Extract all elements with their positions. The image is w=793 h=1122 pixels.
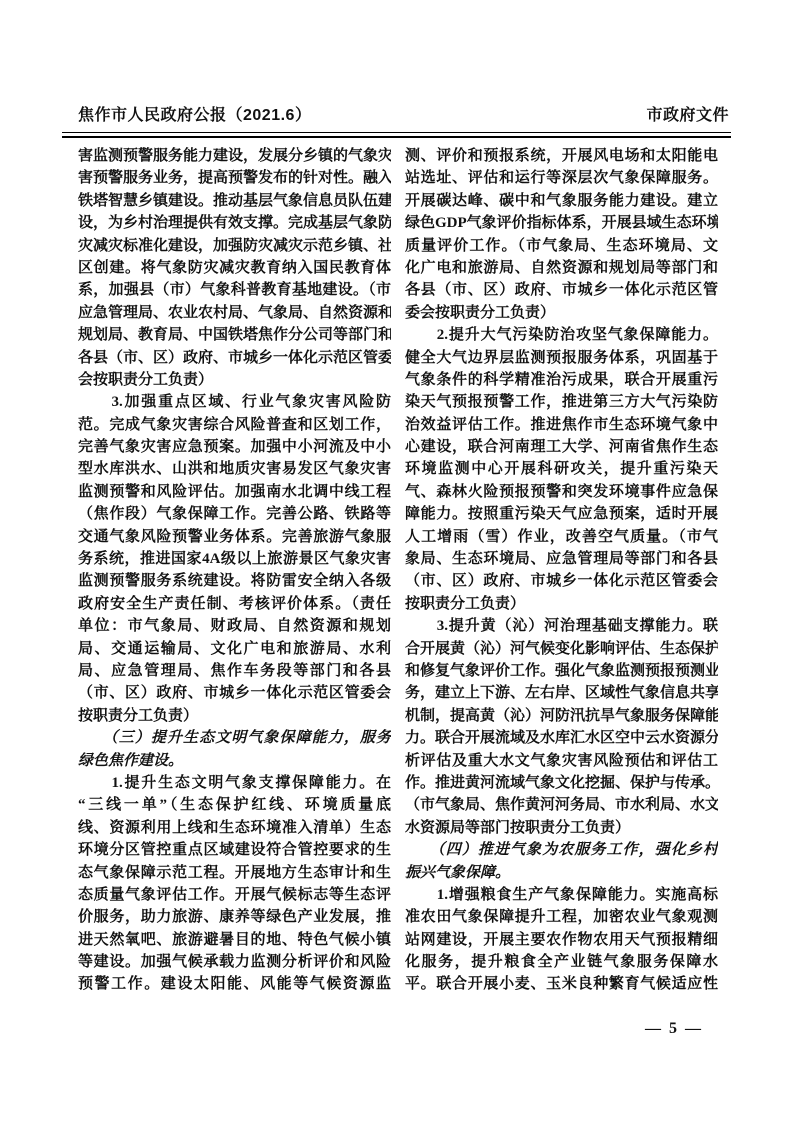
left-column: 害监测预警服务能力建设，发展分乡镇的气象灾 害预警服务业务，提高预警发布的针对性… (78, 145, 391, 996)
text-line: 绿色焦作建设。 (78, 750, 391, 772)
text-line: 各县（市、区）政府、市城乡一体化示范区管 (405, 279, 718, 301)
running-head: 焦作市人民政府公报（2021.6） 市政府文件 (62, 102, 731, 125)
text-line: 障能力。按照重污染天气应急预案，适时开展 (405, 503, 718, 525)
text-line: 设，为乡村治理提供有效支撑。完成基层气象防 (78, 212, 391, 234)
text-line: 环境分区管控重点区域建设符合管控要求的生 (78, 839, 391, 861)
text-line: （三）提升生态文明气象保障能力，服务 (78, 727, 391, 749)
text-line: 质量评价工作。（市气象局、生态环境局、文 (405, 235, 718, 257)
text-line: 振兴气象保障。 (405, 862, 718, 884)
text-line: 预警工作。建设太阳能、风能等气候资源监 (78, 973, 391, 995)
text-line: 和修复气象评价工作。强化气象监测预报预测业 (405, 660, 718, 682)
text-line: 1.提升生态文明气象支撑保障能力。在 (78, 772, 391, 794)
text-line: 心建设，联合河南理工大学、河南省焦作生态 (405, 436, 718, 458)
text-line: 健全大气边界层监测预报服务体系，巩固基于 (405, 347, 718, 369)
text-line: 应急管理局、农业农村局、气象局、自然资源和 (78, 302, 391, 324)
text-line: 价服务，助力旅游、康养等绿色产业发展，推 (78, 906, 391, 928)
right-column: 测、评价和预报系统，开展风电场和太阳能电 站选址、评估和运行等深层次气象保障服务… (405, 145, 718, 996)
text-line: 合开展黄（沁）河气候变化影响评估、生态保护 (405, 638, 718, 660)
text-line: 态质量气象评估工作。开展气候标志等生态评 (78, 884, 391, 906)
text-line: 力。联合开展流域及水库汇水区空中云水资源分 (405, 727, 718, 749)
text-line: 开展碳达峰、碳中和气象服务能力建设。建立 (405, 190, 718, 212)
gazette-page: 焦作市人民政府公报（2021.6） 市政府文件 害监测预警服务能力建设，发展分乡… (0, 0, 793, 1122)
text-line: 区创建。将气象防灾减灾教育纳入国民教育体 (78, 257, 391, 279)
text-line: 环境监测中心开展科研攻关，提升重污染天 (405, 458, 718, 480)
text-line: 等建设。加强气候承载力监测分析评价和风险 (78, 951, 391, 973)
text-line: 铁塔智慧乡镇建设。推动基层气象信息员队伍建 (78, 190, 391, 212)
text-line: 害预警服务业务，提高预警发布的针对性。融入 (78, 167, 391, 189)
text-line: 治效益评估工作。推进焦作市生态环境气象中 (405, 414, 718, 436)
text-line: 单位：市气象局、财政局、自然资源和规划 (78, 615, 391, 637)
text-line: 析评估及重大水文气象灾害风险预估和评估工 (405, 750, 718, 772)
text-line: 害监测预警服务能力建设，发展分乡镇的气象灾 (78, 145, 391, 167)
text-line: 规划局、教育局、中国铁塔焦作分公司等部门和 (78, 324, 391, 346)
section-label: 市政府文件 (646, 102, 729, 125)
text-line: 作。推进黄河流域气象文化挖掘、保护与传承。 (405, 772, 718, 794)
text-line: 按职责分工负责） (78, 705, 391, 727)
text-line: 会按职责分工负责） (78, 369, 391, 391)
text-line: 象局、生态环境局、应急管理局等部门和各县 (405, 548, 718, 570)
text-line: 进天然氧吧、旅游避暑目的地、特色气候小镇 (78, 929, 391, 951)
text-line: 监测预警服务系统建设。将防雷安全纳入各级 (78, 570, 391, 592)
text-line: 1.增强粮食生产气象保障能力。实施高标 (405, 884, 718, 906)
page-header: 焦作市人民政府公报（2021.6） 市政府文件 (62, 102, 731, 138)
text-line: 政府安全生产责任制、考核评价体系。（责任 (78, 593, 391, 615)
header-rule (62, 132, 731, 138)
text-line: 交通气象风险预警业务体系。完善旅游气象服 (78, 526, 391, 548)
text-line: 化服务，提升粮食全产业链气象服务保障水 (405, 951, 718, 973)
text-line: 态气象保障示范工程。开展地方生态审计和生 (78, 862, 391, 884)
text-line: 灾减灾标准化建设，加强防灾减灾示范乡镇、社 (78, 235, 391, 257)
text-line: 完善气象灾害应急预案。加强中小河流及中小 (78, 436, 391, 458)
text-line: （焦作段）气象保障工作。完善公路、铁路等 (78, 503, 391, 525)
page-number: — 5 — (645, 1020, 703, 1038)
text-line: 范。完成气象灾害综合风险普查和区划工作， (78, 414, 391, 436)
text-line: 务系统，推进国家4A级以上旅游景区气象灾害 (78, 548, 391, 570)
text-line: 各县（市、区）政府、市城乡一体化示范区管委 (78, 347, 391, 369)
text-line: 按职责分工负责） (405, 593, 718, 615)
text-line: （四）推进气象为农服务工作，强化乡村 (405, 839, 718, 861)
text-line: 委会按职责分工负责） (405, 302, 718, 324)
text-line: （市、区）政府、市城乡一体化示范区管委会 (78, 682, 391, 704)
document-body: 害监测预警服务能力建设，发展分乡镇的气象灾 害预警服务业务，提高预警发布的针对性… (78, 145, 718, 996)
text-line: 机制，提高黄（沁）河防汛抗旱气象服务保障能 (405, 705, 718, 727)
text-line: 化广电和旅游局、自然资源和规划局等部门和 (405, 257, 718, 279)
text-line: 线、资源利用上线和生态环境准入清单）生态 (78, 817, 391, 839)
text-line: 站网建设，开展主要农作物农用天气预报精细 (405, 929, 718, 951)
text-line: 务，建立上下游、左右岸、区域性气象信息共享 (405, 682, 718, 704)
text-line: “三线一单”（生态保护红线、环境质量底 (78, 794, 391, 816)
text-line: 局、应急管理局、焦作车务段等部门和各县 (78, 660, 391, 682)
text-line: 绿色GDP气象评价指标体系，开展县域生态环境 (405, 212, 718, 234)
text-line: 系，加强县（市）气象科普教育基地建设。（市 (78, 279, 391, 301)
text-line: 染天气预报预警工作，推进第三方大气污染防 (405, 391, 718, 413)
text-line: 气象条件的科学精准治污成果，联合开展重污 (405, 369, 718, 391)
text-line: 人工增雨（雪）作业，改善空气质量。（市气 (405, 526, 718, 548)
text-line: 测、评价和预报系统，开展风电场和太阳能电 (405, 145, 718, 167)
text-line: 准农田气象保障提升工程，加密农业气象观测 (405, 906, 718, 928)
text-line: 3.加强重点区域、行业气象灾害风险防 (78, 391, 391, 413)
text-line: （市、区）政府、市城乡一体化示范区管委会 (405, 570, 718, 592)
text-line: 2.提升大气污染防治攻坚气象保障能力。 (405, 324, 718, 346)
text-line: 3.提升黄（沁）河治理基础支撑能力。联 (405, 615, 718, 637)
text-line: 站选址、评估和运行等深层次气象保障服务。 (405, 167, 718, 189)
text-line: 型水库洪水、山洪和地质灾害易发区气象灾害 (78, 458, 391, 480)
text-line: 局、交通运输局、文化广电和旅游局、水利 (78, 638, 391, 660)
text-line: （市气象局、焦作黄河河务局、市水利局、水文 (405, 794, 718, 816)
gazette-title: 焦作市人民政府公报（2021.6） (78, 102, 311, 125)
text-line: 监测预警和风险评估。加强南水北调中线工程 (78, 481, 391, 503)
text-line: 气、森林火险预报预警和突发环境事件应急保 (405, 481, 718, 503)
text-line: 水资源局等部门按职责分工负责） (405, 817, 718, 839)
text-line: 平。联合开展小麦、玉米良种繁育气候适应性 (405, 973, 718, 995)
